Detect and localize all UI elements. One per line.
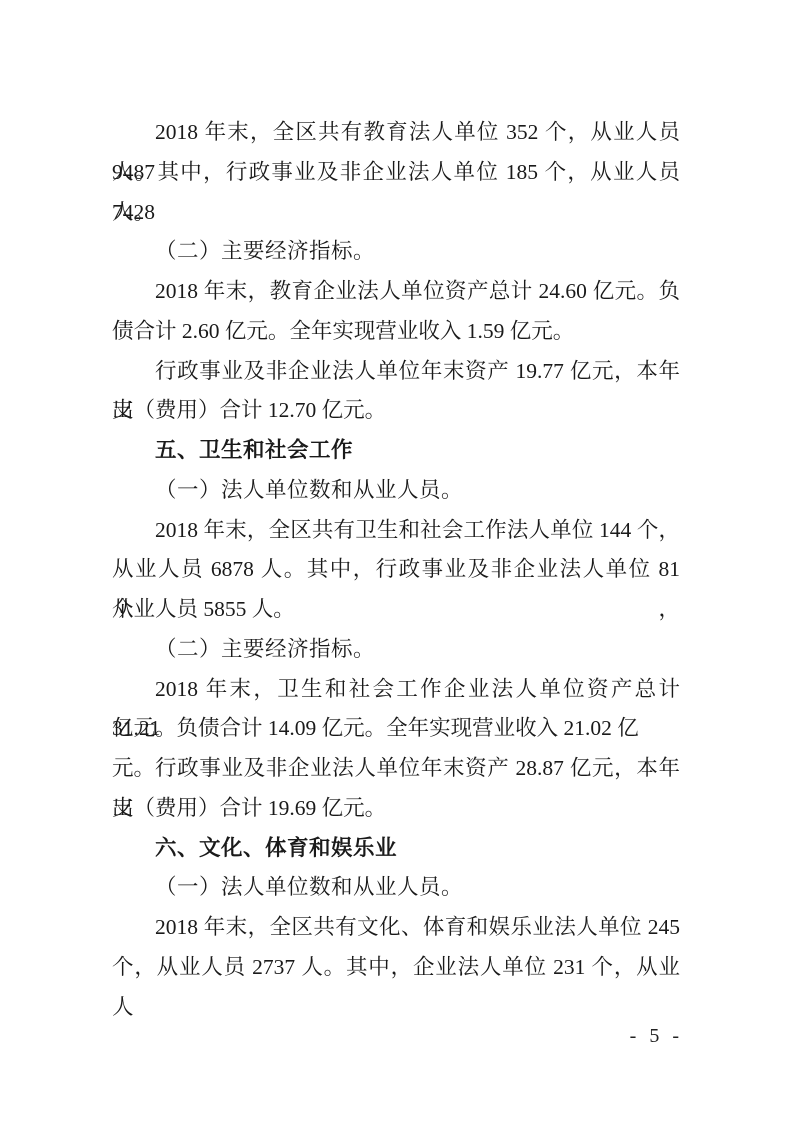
document-body: 2018 年末，全区共有教育法人单位 352 个，从业人员 9487 人。其中，… [112,113,680,988]
paragraph-line: 2018 年末，卫生和社会工作企业法人单位资产总计 31.21 [112,670,680,710]
paragraph-line: 亿元。负债合计 14.09 亿元。全年实现营业收入 21.02 亿元。 [112,709,680,749]
text-block: 2018 年末，全区共有文化、体育和娱乐业法人单位 245 个，从业人员 273… [112,908,680,988]
paragraph-line: 从业人员 6878 人。其中，行政事业及非企业法人单位 81 个， [112,550,680,590]
paragraph-line: 出（费用）合计 19.69 亿元。 [112,789,680,829]
paragraph-line: 人。 [112,193,680,233]
text-block: 2018 年末，全区共有教育法人单位 352 个，从业人员 9487 人。其中，… [112,113,680,232]
subsection-heading: （一）法人单位数和从业人员。 [112,868,680,908]
text-block: 五、卫生和社会工作 [112,431,680,471]
paragraph-line: 2018 年末，全区共有文化、体育和娱乐业法人单位 245 [112,908,680,948]
paragraph-line: 2018 年末，教育企业法人单位资产总计 24.60 亿元。负 [112,272,680,312]
paragraph-line: 行政事业及非企业法人单位年末资产 19.77 亿元，本年支 [112,352,680,392]
paragraph-line: 出（费用）合计 12.70 亿元。 [112,391,680,431]
text-block: 行政事业及非企业法人单位年末资产 19.77 亿元，本年支 出（费用）合计 12… [112,352,680,432]
subsection-heading: （二）主要经济指标。 [112,630,680,670]
paragraph-line: 2018 年末，全区共有卫生和社会工作法人单位 144 个， [112,511,680,551]
subsection-heading: （一）法人单位数和从业人员。 [112,471,680,511]
text-block: 2018 年末，卫生和社会工作企业法人单位资产总计 31.21 亿元。负债合计 … [112,670,680,750]
text-block: （一）法人单位数和从业人员。 [112,868,680,908]
paragraph-line: 债合计 2.60 亿元。全年实现营业收入 1.59 亿元。 [112,312,680,352]
text-block: （二）主要经济指标。 [112,630,680,670]
paragraph-line: 行政事业及非企业法人单位年末资产 28.87 亿元，本年支 [112,749,680,789]
text-block: （二）主要经济指标。 [112,232,680,272]
document-page: 2018 年末，全区共有教育法人单位 352 个，从业人员 9487 人。其中，… [0,0,793,1122]
section-heading: 五、卫生和社会工作 [112,431,680,471]
paragraph-line: 人。其中，行政事业及非企业法人单位 185 个，从业人员 7428 [112,153,680,193]
page-number: - 5 - [630,1022,680,1050]
paragraph-line: 个，从业人员 2737 人。其中，企业法人单位 231 个，从业人 [112,948,680,988]
subsection-heading: （二）主要经济指标。 [112,232,680,272]
text-block: 2018 年末，全区共有卫生和社会工作法人单位 144 个， 从业人员 6878… [112,511,680,630]
section-heading: 六、文化、体育和娱乐业 [112,829,680,869]
text-block: 2018 年末，教育企业法人单位资产总计 24.60 亿元。负 债合计 2.60… [112,272,680,352]
text-block: （一）法人单位数和从业人员。 [112,471,680,511]
paragraph-line: 2018 年末，全区共有教育法人单位 352 个，从业人员 9487 [112,113,680,153]
text-block: 六、文化、体育和娱乐业 [112,829,680,869]
text-block: 行政事业及非企业法人单位年末资产 28.87 亿元，本年支 出（费用）合计 19… [112,749,680,829]
